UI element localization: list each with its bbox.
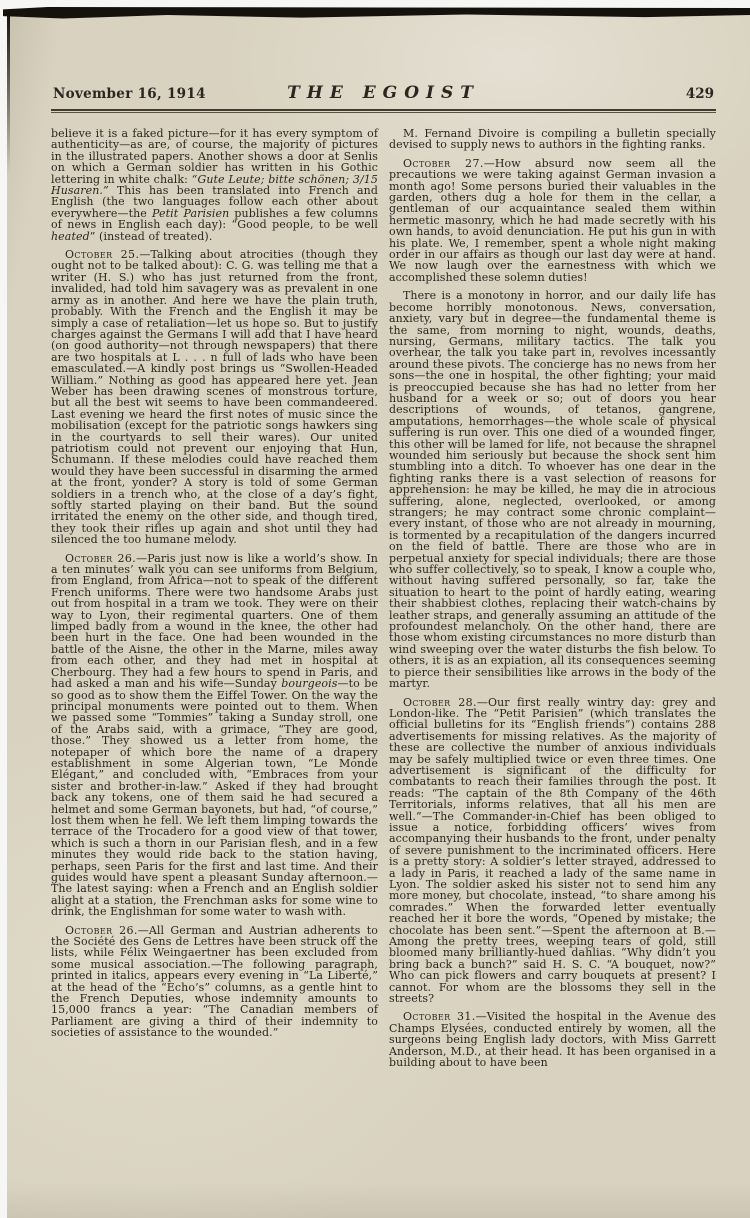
paragraph: M. Fernand Divoire is compiling a bullet… (389, 128, 716, 151)
text-segment: There is a monotony in horror, and our d… (389, 289, 716, 690)
paragraph: October 26.—Paris just now is like a wor… (51, 553, 378, 918)
paragraph: October 27.—How absurd now seem all the … (389, 158, 716, 283)
text-segment: —to be so good as to show them the Eiffe… (51, 677, 378, 918)
text-segment: ” (instead of treated). (90, 230, 213, 243)
header-rule (51, 109, 716, 113)
text-body: believe it is a faked picture—for it has… (51, 128, 716, 1076)
text-column-right: M. Fernand Divoire is compiling a bullet… (389, 128, 716, 1076)
text-segment: M. Fernand Divoire is compiling a bullet… (389, 127, 716, 151)
header-date: November 16, 1914 (53, 86, 287, 102)
text-segment: —How absurd now seem all the precautions… (389, 157, 716, 284)
paragraph: believe it is a faked picture—for it has… (51, 128, 378, 242)
text-segment: —Talking about atrocities (though they o… (51, 248, 378, 546)
page-number: 429 (480, 86, 714, 102)
text-segment: —All German and Austrian adherents to th… (51, 924, 378, 1040)
text-segment: —Paris just now is like a world’s show. … (51, 552, 378, 690)
text-segment: —Our first really wintry day: grey and L… (389, 696, 716, 1006)
journal-title: THE EGOIST (287, 83, 480, 103)
paragraph: There is a monotony in horror, and our d… (389, 290, 716, 689)
page-header: November 16, 1914 THE EGOIST 429 (53, 83, 714, 103)
text-column-left: believe it is a faked picture—for it has… (51, 128, 378, 1076)
paragraph: October 26.—All German and Austrian adhe… (51, 925, 378, 1039)
text-segment: heated (51, 230, 90, 243)
scan-page: November 16, 1914 THE EGOIST 429 believe… (7, 13, 750, 1218)
paragraph: October 28.—Our first really wintry day:… (389, 697, 716, 1005)
paragraph: October 25.—Talking about atrocities (th… (51, 249, 378, 546)
paragraph: October 31.—Visited the hospital in the … (389, 1011, 716, 1068)
